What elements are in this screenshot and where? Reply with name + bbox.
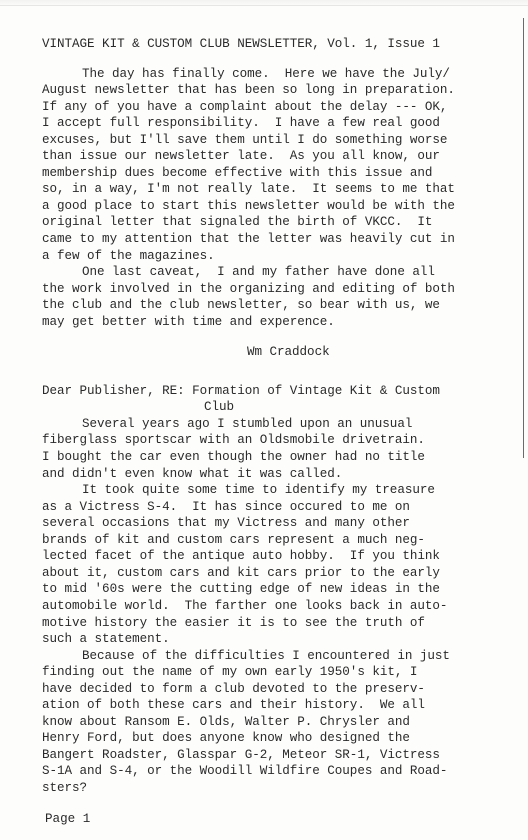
text-line: Bangert Roadster, Glasspar G-2, Meteor S… (42, 747, 512, 764)
text-line: as a Victress S-4. It has since occured … (42, 499, 512, 516)
text-line: a good place to start this newsletter wo… (42, 198, 512, 215)
letter-salutation-continued: Club (42, 399, 512, 416)
text-line: lected facet of the antique auto hobby. … (42, 548, 512, 565)
text-line: membership dues become effective with th… (42, 165, 512, 182)
text-line: the work involved in the organizing and … (42, 281, 512, 298)
text-line: I accept full responsibility. I have a f… (42, 115, 512, 132)
text-line: original letter that signaled the birth … (42, 214, 512, 231)
text-line: motive history the easier it is to see t… (42, 615, 512, 632)
scan-right-rule (523, 18, 524, 458)
intro-paragraph-2: One last caveat, I and my father have do… (42, 264, 512, 330)
text-line: August newsletter that has been so long … (42, 82, 512, 99)
text-line: Several years ago I stumbled upon an unu… (42, 416, 512, 433)
text-line: the club and the club newsletter, so bea… (42, 297, 512, 314)
text-line: a few of the magazines. (42, 248, 512, 265)
text-line: several occasions that my Victress and m… (42, 515, 512, 532)
text-line: excuses, but I'll save them until I do s… (42, 132, 512, 149)
letter: Dear Publisher, RE: Formation of Vintage… (42, 383, 512, 797)
text-line: finding out the name of my own early 195… (42, 664, 512, 681)
text-line: have decided to form a club devoted to t… (42, 681, 512, 698)
text-line: to mid '60s were the cutting edge of new… (42, 581, 512, 598)
letter-paragraph-2: It took quite some time to identify my t… (42, 482, 512, 647)
text-line: ation of both these cars and their histo… (42, 697, 512, 714)
scan-top-edge (0, 0, 528, 6)
newsletter-header: VINTAGE KIT & CUSTOM CLUB NEWSLETTER, Vo… (42, 36, 512, 53)
text-line: Because of the difficulties I encountere… (42, 648, 512, 665)
text-line: sters? (42, 780, 512, 797)
text-line: If any of you have a complaint about the… (42, 99, 512, 116)
letter-salutation: Dear Publisher, RE: Formation of Vintage… (42, 383, 512, 400)
text-line: One last caveat, I and my father have do… (42, 264, 512, 281)
text-line: It took quite some time to identify my t… (42, 482, 512, 499)
letter-paragraph-1: Several years ago I stumbled upon an unu… (42, 416, 512, 482)
text-line: automobile world. The farther one looks … (42, 598, 512, 615)
signature: Wm Craddock (42, 344, 512, 361)
intro-paragraph-1: The day has finally come. Here we have t… (42, 66, 512, 265)
text-line: so, in a way, I'm not really late. It se… (42, 181, 512, 198)
text-line: about it, custom cars and kit cars prior… (42, 565, 512, 582)
text-line: know about Ransom E. Olds, Walter P. Chr… (42, 714, 512, 731)
text-line: The day has finally come. Here we have t… (42, 66, 512, 83)
text-line: came to my attention that the letter was… (42, 231, 512, 248)
newsletter-page: VINTAGE KIT & CUSTOM CLUB NEWSLETTER, Vo… (42, 36, 512, 797)
text-line: may get better with time and experence. (42, 314, 512, 331)
text-line: such a statement. (42, 631, 512, 648)
text-line: I bought the car even though the owner h… (42, 449, 512, 466)
text-line: and didn't even know what it was called. (42, 466, 512, 483)
text-line: than issue our newsletter late. As you a… (42, 148, 512, 165)
letter-paragraph-3: Because of the difficulties I encountere… (42, 648, 512, 797)
text-line: Henry Ford, but does anyone know who des… (42, 730, 512, 747)
text-line: brands of kit and custom cars represent … (42, 532, 512, 549)
page-number: Page 1 (45, 811, 90, 827)
text-line: S-1A and S-4, or the Woodill Wildfire Co… (42, 763, 512, 780)
text-line: fiberglass sportscar with an Oldsmobile … (42, 432, 512, 449)
